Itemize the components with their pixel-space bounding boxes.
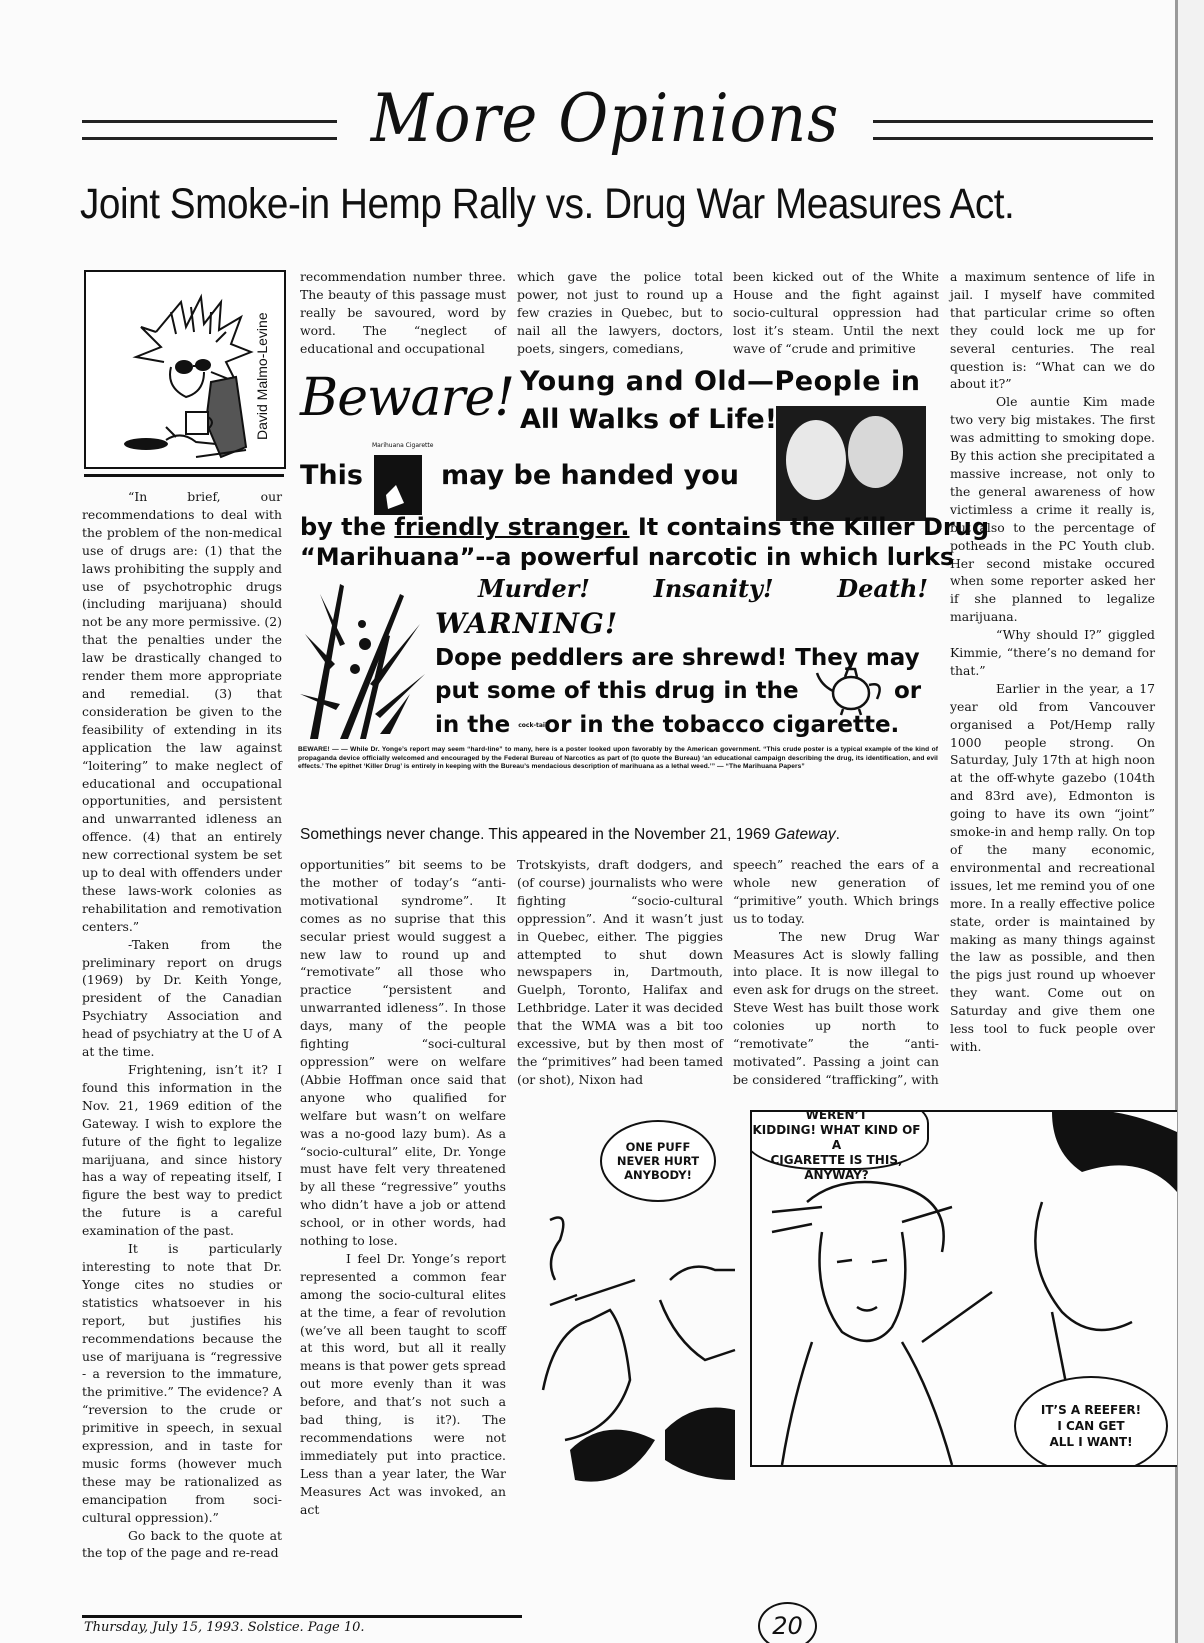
poster-cigarette-label: Marihuana Cigarette [372, 442, 433, 449]
speech-bubble-one-puff: ONE PUFF NEVER HURT ANYBODY! [600, 1120, 716, 1202]
poster-put-drug: put some of this drug in the [435, 678, 799, 704]
bubble-line: ALL I WANT! [1041, 1434, 1141, 1450]
article-column-1: “In brief, our recommendations to deal w… [82, 488, 282, 1562]
poster-all-walks: All Walks of Life! [520, 404, 777, 435]
paragraph: The new Drug War Measures Act is slowly … [733, 928, 939, 1089]
paragraph: been kicked out of the White House and t… [733, 268, 939, 358]
paragraph: Ole auntie Kim made two very big mistake… [950, 393, 1155, 626]
article-column-2-top: recommendation number three. The beauty … [300, 268, 506, 358]
bubble-line: ONE PUFF [617, 1140, 699, 1154]
reefer-madness-poster: Beware! Young and Old—People in All Walk… [298, 360, 940, 805]
poster-fine-print: BEWARE! — — While Dr. Yonge’s report may… [298, 746, 938, 772]
marijuana-plant-icon [300, 574, 430, 739]
photo-face-right [848, 416, 903, 488]
text: or in the tobacco cigarette. [544, 712, 899, 738]
paragraph: which gave the police total power, not j… [517, 268, 723, 358]
poster-photo [776, 406, 926, 521]
scan-edge [1178, 0, 1204, 1643]
bubble-line: CIGARETTE IS THIS, ANYWAY? [750, 1153, 927, 1183]
paragraph: speech” reached the ears of a whole new … [733, 856, 939, 928]
text: by the [300, 513, 394, 541]
author-rule [84, 474, 284, 477]
poster-or: or [894, 678, 921, 704]
paragraph: “Why should I?” giggled Kimmie, “there’s… [950, 626, 1155, 680]
article-column-4-top: been kicked out of the White House and t… [733, 268, 939, 358]
article-column-4-bottom: speech” reached the ears of a whole new … [733, 856, 939, 1089]
poster-friendly-stranger: by the friendly stranger. It contains th… [300, 513, 989, 541]
poster-beware: Beware! [300, 368, 514, 428]
comic-panel: WHOOOO-EEE! YOU WEREN’T KIDDING! WHAT KI… [750, 1110, 1177, 1467]
newspaper-page: More Opinions Joint Smoke-in Hemp Rally … [0, 0, 1178, 1643]
poster-warning: WARNING! [435, 607, 618, 640]
paragraph: I feel Dr. Yonge’s report represented a … [300, 1250, 506, 1519]
poster-marihuana: “Marihuana”--a powerful narcotic in whic… [300, 543, 954, 571]
bubble-line: ANYBODY! [617, 1168, 699, 1182]
masthead-rule-right [873, 120, 1153, 140]
poster-this: This [300, 460, 363, 491]
paragraph: Earlier in the year, a 17 year old from … [950, 680, 1155, 1056]
masthead-rule-left [82, 120, 337, 140]
death-text: Death! [837, 574, 928, 603]
poster-exclamations: Murder! Insanity! Death! [478, 574, 928, 603]
bubble-line: NEVER HURT [617, 1154, 699, 1168]
paragraph: It is particularly interesting to note t… [82, 1240, 282, 1527]
article-column-5: a maximum sentence of life in jail. I my… [950, 268, 1155, 1056]
text: It contains the Killer Drug [630, 513, 990, 541]
comic-hands-illustration [515, 1200, 755, 1490]
poster-in-the-cocktail: in the cock-tail or in the tobacco cigar… [435, 712, 899, 738]
footer-dateline: Thursday, July 15, 1993. Solstice. Page … [84, 1620, 365, 1635]
poster-caption: Somethings never change. This appeared i… [300, 826, 840, 844]
bubble-line: IT’S A REEFER! [1041, 1402, 1141, 1418]
bubble-line: I CAN GET [1041, 1418, 1141, 1434]
paragraph: opportunities” bit seems to be the mothe… [300, 856, 506, 1250]
article-column-3-bottom: Trotskyists, draft dodgers, and (of cour… [517, 856, 723, 1089]
bubble-line: KIDDING! WHAT KIND OF A [750, 1123, 927, 1153]
paragraph: Go back to the quote at the top of the p… [82, 1527, 282, 1563]
caption-end: . [836, 826, 840, 843]
underlined-text: friendly stranger. [394, 513, 629, 541]
text: in the [435, 712, 510, 738]
teapot-icon [815, 663, 887, 717]
paragraph: -Taken from the preliminary report on dr… [82, 936, 282, 1061]
paragraph: recommendation number three. The beauty … [300, 268, 506, 358]
page-number: 20 [758, 1602, 817, 1643]
article-column-2-bottom: opportunities” bit seems to be the mothe… [300, 856, 506, 1519]
paragraph: Frightening, isn’t it? I found this info… [82, 1061, 282, 1240]
speech-bubble-whoooo-eee: WHOOOO-EEE! YOU WEREN’T KIDDING! WHAT KI… [750, 1110, 929, 1170]
speech-bubble-reefer: IT’S A REEFER! I CAN GET ALL I WANT! [1014, 1376, 1168, 1467]
poster-young-old: Young and Old—People in [520, 366, 920, 397]
footer-rule [82, 1615, 522, 1618]
murder-text: Murder! [478, 574, 590, 603]
headline: Joint Smoke-in Hemp Rally vs. Drug War M… [80, 180, 1061, 229]
poster-handed: may be handed you [441, 460, 739, 491]
photo-face-left [786, 420, 846, 500]
paragraph: a maximum sentence of life in jail. I my… [950, 268, 1155, 393]
cocktail-label: cock-tail [518, 723, 536, 729]
section-title: More Opinions [366, 80, 844, 157]
insanity-text: Insanity! [654, 574, 774, 603]
caption-text: Somethings never change. This appeared i… [300, 826, 775, 843]
article-column-3-top: which gave the police total power, not j… [517, 268, 723, 358]
bubble-line: WHOOOO-EEE! YOU WEREN’T [750, 1110, 927, 1123]
caption-publication: Gateway [775, 826, 836, 843]
paragraph: “In brief, our recommendations to deal w… [82, 488, 282, 936]
cigarette-pack-icon [374, 455, 422, 515]
paragraph: Trotskyists, draft dodgers, and (of cour… [517, 856, 723, 1089]
author-byline: David Malmo-Levine [254, 280, 270, 440]
